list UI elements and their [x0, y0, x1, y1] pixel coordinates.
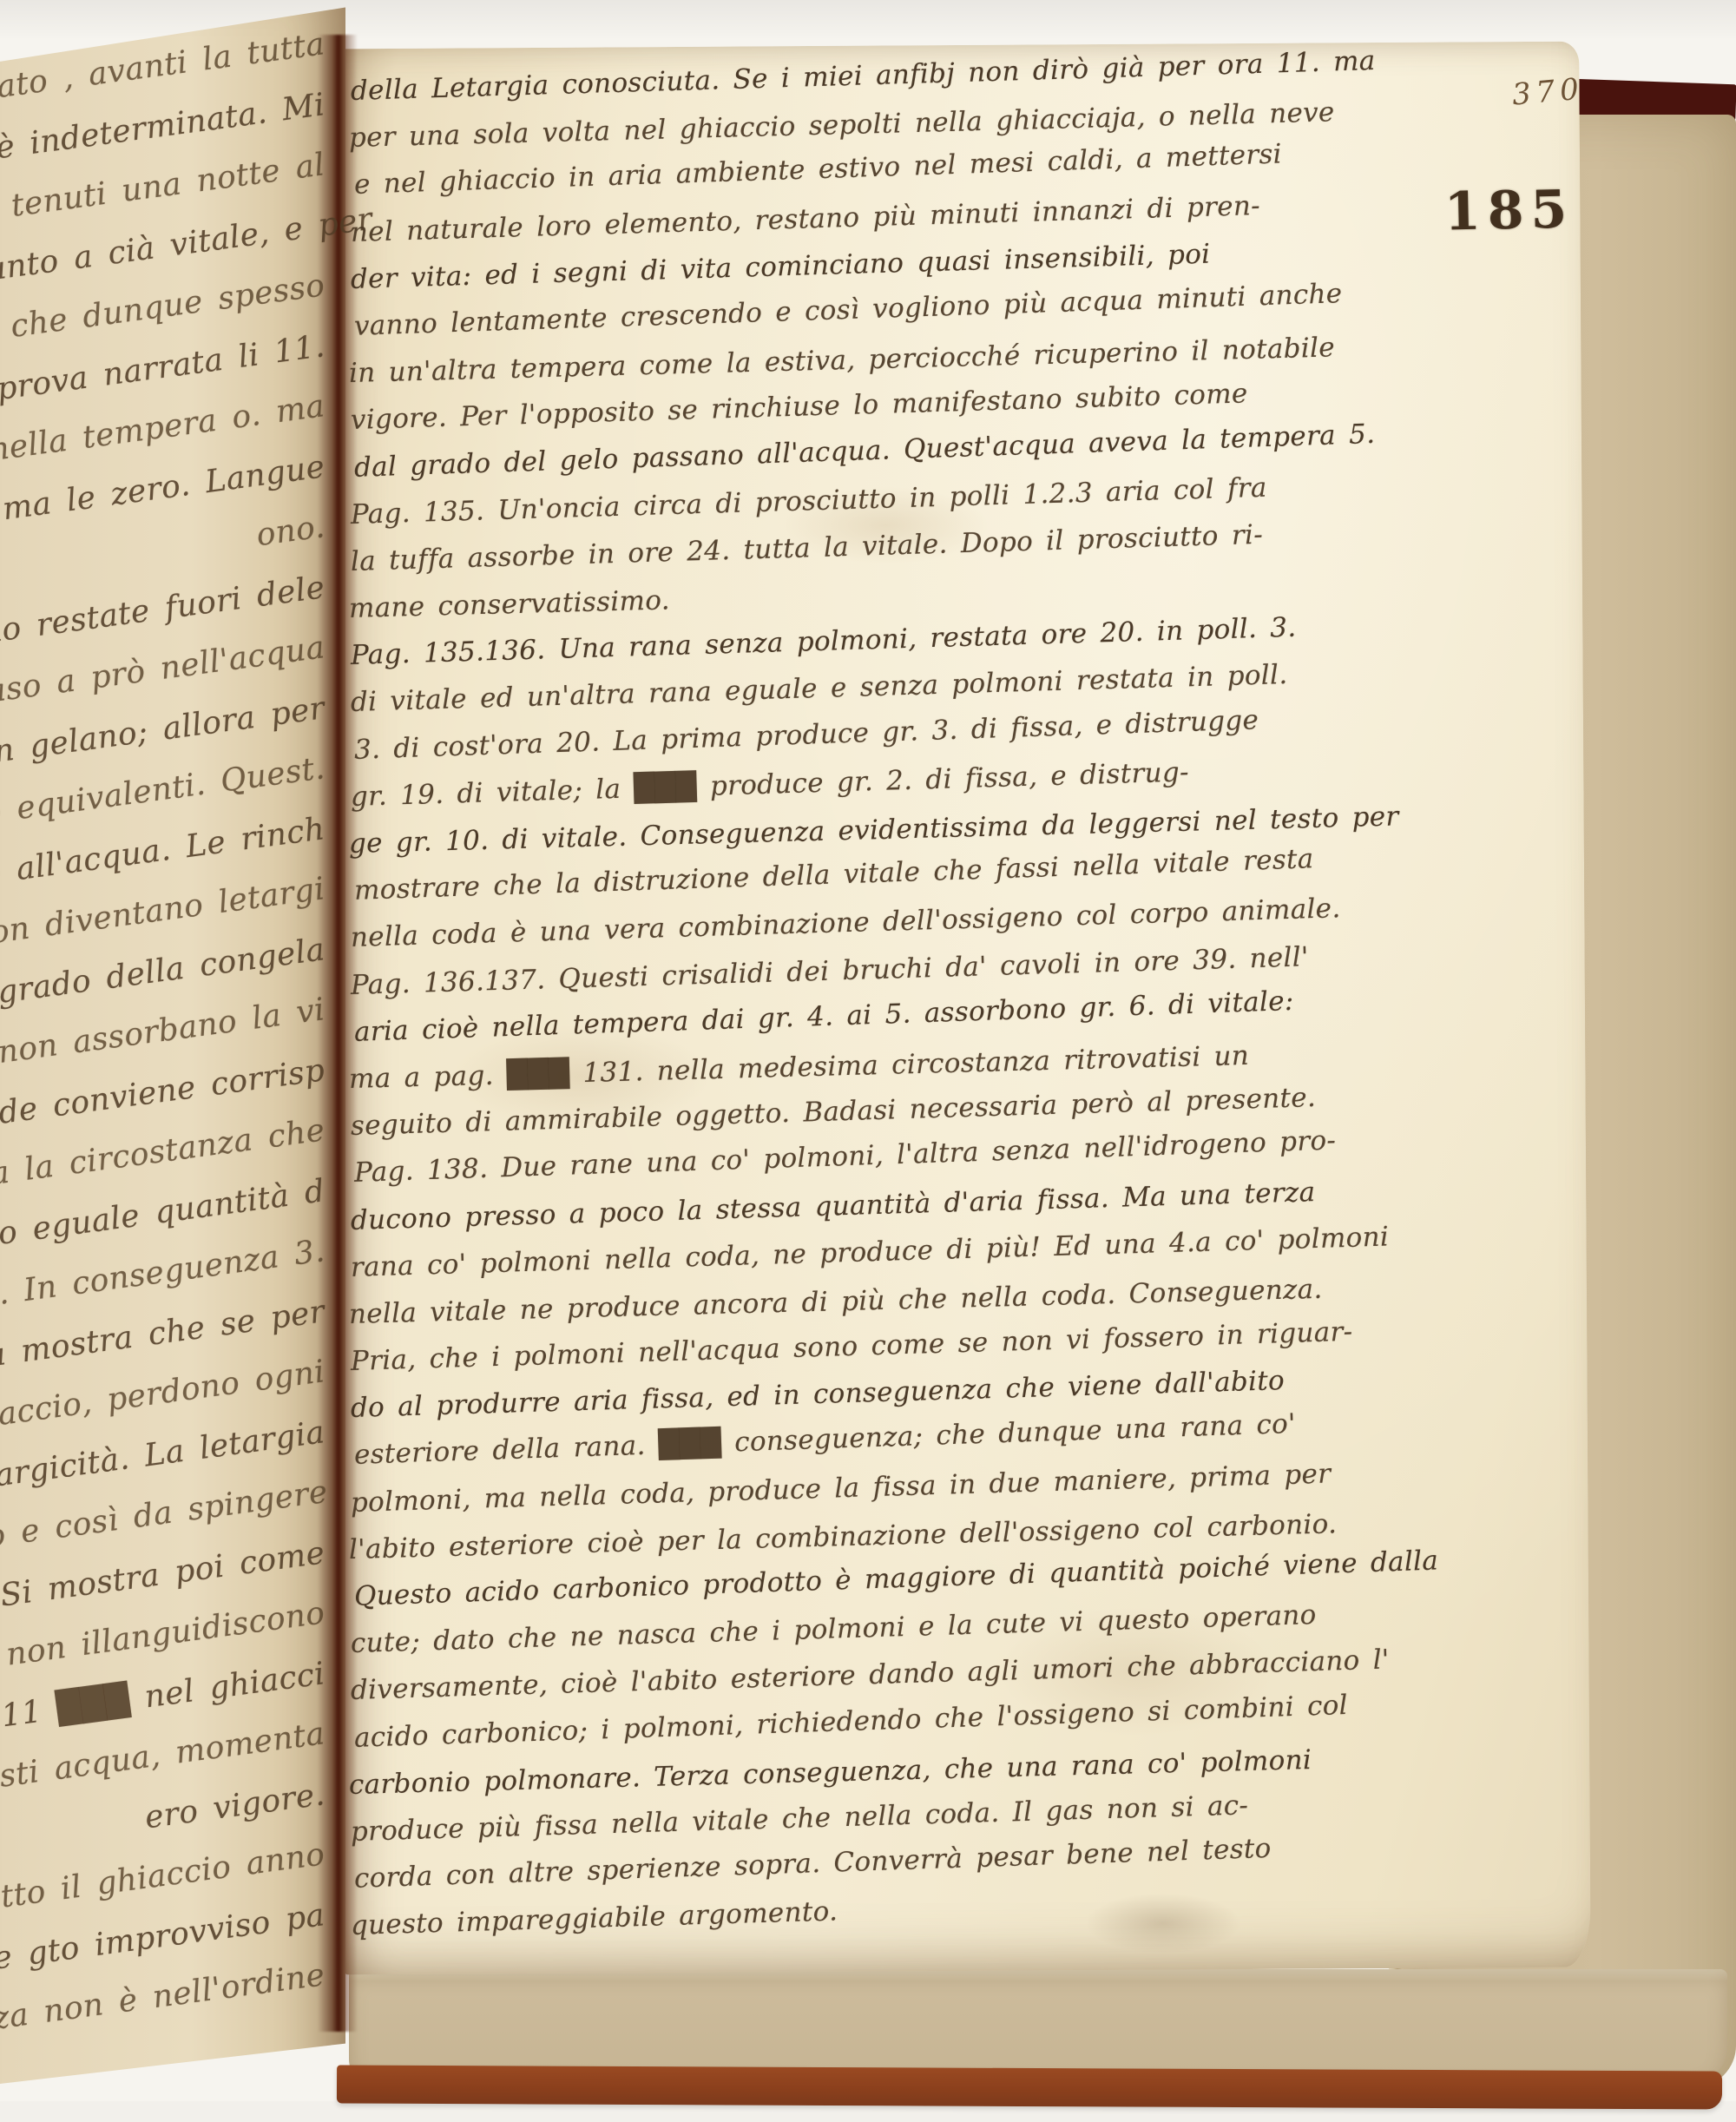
scanned-manuscript-photo: { "document": { "kind": "handwritten Ita…	[0, 0, 1736, 2122]
book-cover-bottom-edge	[337, 2066, 1722, 2110]
left-page-text: enghiato , avanti la tuttauisiva è indet…	[0, 14, 325, 2006]
stamped-page-number: 185	[1443, 179, 1575, 242]
handwritten-folio-number: 370	[1510, 71, 1585, 112]
book-fore-edge-bottom	[349, 1969, 1727, 2082]
right-page-text: della Letargia conosciuta. Se i miei anf…	[351, 68, 1384, 1950]
